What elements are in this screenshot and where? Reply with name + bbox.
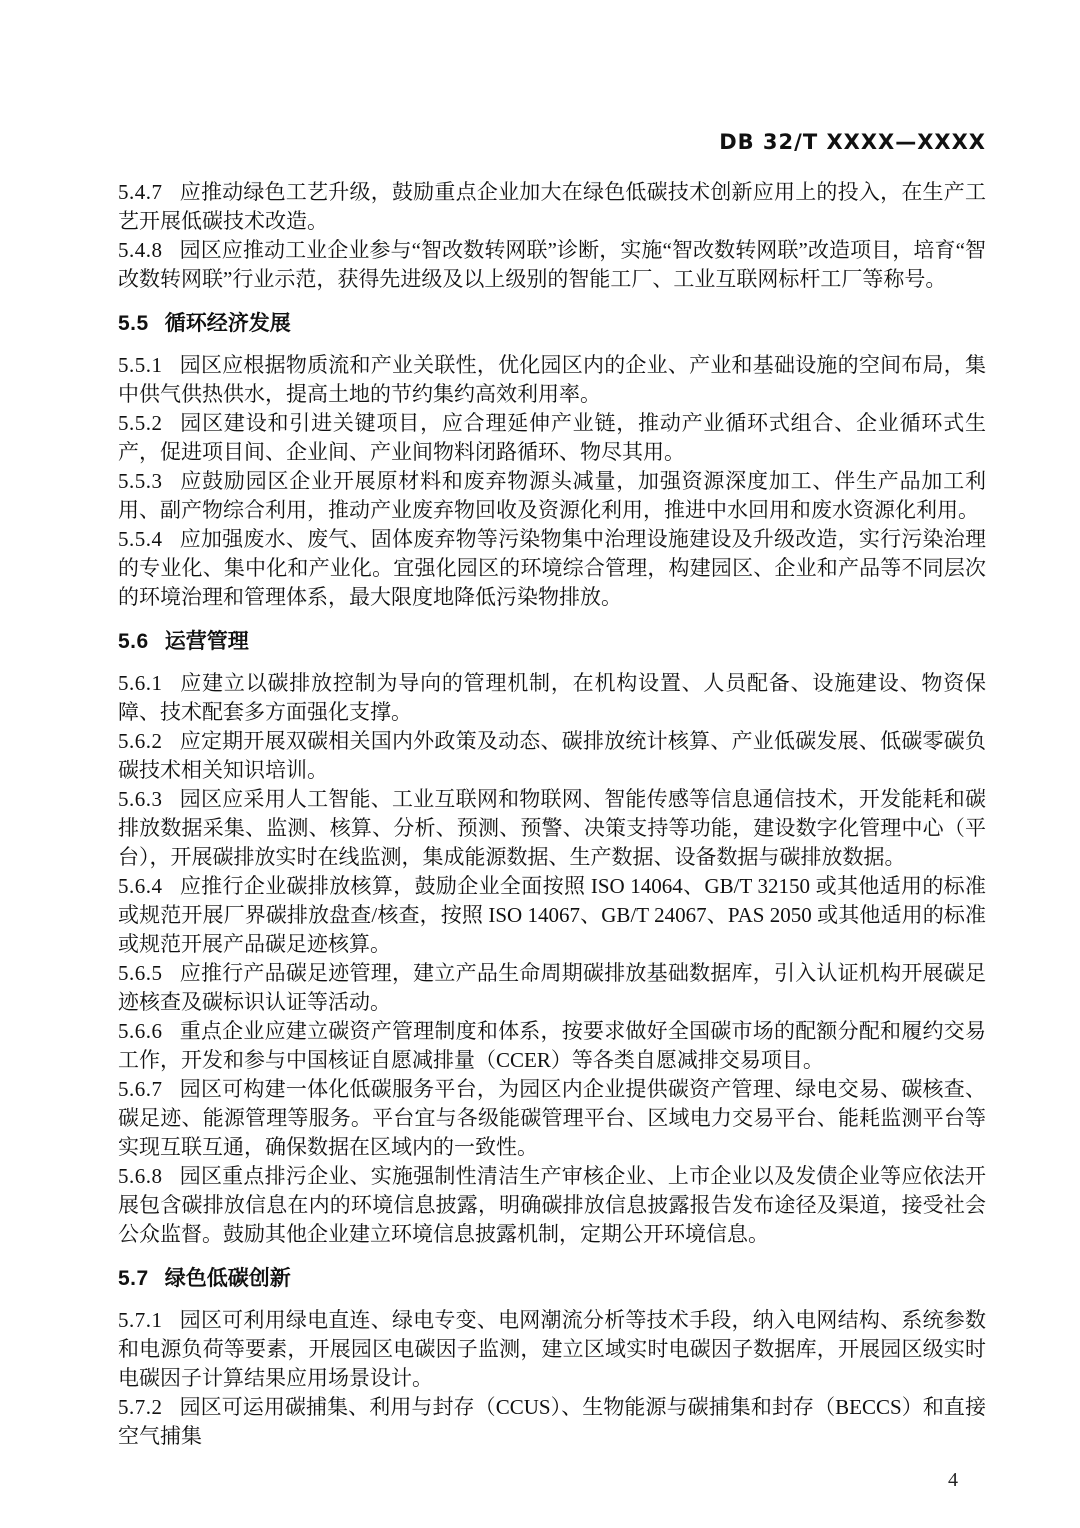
section-number: 5.6 xyxy=(118,627,149,656)
section-heading-5-5: 5.5循环经济发展 xyxy=(118,309,986,338)
clause-number: 5.6.1 xyxy=(118,669,163,698)
clause-text: 应推动绿色工艺升级，鼓励重点企业加大在绿色低碳技术创新应用上的投入，在生产工艺开… xyxy=(118,180,986,233)
clause-number: 5.4.7 xyxy=(118,178,163,207)
clause-text: 应加强废水、废气、固体废弃物等污染物集中治理设施建设及升级改造，实行污染治理的专… xyxy=(118,527,986,609)
clause-5-5-2: 5.5.2园区建设和引进关键项目，应合理延伸产业链，推动产业循环式组合、企业循环… xyxy=(118,409,986,467)
clause-5-6-3: 5.6.3园区应采用人工智能、工业互联网和物联网、智能传感等信息通信技术，开发能… xyxy=(118,785,986,872)
clause-5-5-4: 5.5.4应加强废水、废气、固体废弃物等污染物集中治理设施建设及升级改造，实行污… xyxy=(118,525,986,612)
page-number: 4 xyxy=(118,1468,986,1492)
clause-number: 5.5.4 xyxy=(118,525,163,554)
clause-text: 重点企业应建立碳资产管理制度和体系，按要求做好全国碳市场的配额分配和履约交易工作… xyxy=(118,1019,986,1072)
clause-5-6-5: 5.6.5应推行产品碳足迹管理，建立产品生命周期碳排放基础数据库，引入认证机构开… xyxy=(118,959,986,1017)
clause-number: 5.6.3 xyxy=(118,785,163,814)
clause-text: 应建立以碳排放控制为导向的管理机制，在机构设置、人员配备、设施建设、物资保障、技… xyxy=(118,671,986,724)
clause-text: 园区应推动工业企业参与“智改数转网联”诊断，实施“智改数转网联”改造项目，培育“… xyxy=(118,238,986,291)
clause-number: 5.6.4 xyxy=(118,872,163,901)
clause-number: 5.7.2 xyxy=(118,1393,163,1422)
clause-5-6-6: 5.6.6重点企业应建立碳资产管理制度和体系，按要求做好全国碳市场的配额分配和履… xyxy=(118,1017,986,1075)
clause-5-6-8: 5.6.8园区重点排污企业、实施强制性清洁生产审核企业、上市企业以及发债企业等应… xyxy=(118,1162,986,1249)
section-number: 5.5 xyxy=(118,309,149,338)
clause-text: 应推行企业碳排放核算，鼓励企业全面按照 ISO 14064、GB/T 32150… xyxy=(118,874,986,956)
section-title: 运营管理 xyxy=(165,630,249,653)
clause-number: 5.6.2 xyxy=(118,727,163,756)
clause-text: 园区应根据物质流和产业关联性，优化园区内的企业、产业和基础设施的空间布局，集中供… xyxy=(118,353,986,406)
clause-5-6-1: 5.6.1应建立以碳排放控制为导向的管理机制，在机构设置、人员配备、设施建设、物… xyxy=(118,669,986,727)
clause-text: 应鼓励园区企业开展原材料和废弃物源头减量，加强资源深度加工、伴生产品加工利用、副… xyxy=(118,469,986,522)
clause-number: 5.5.3 xyxy=(118,467,163,496)
document-number-header: DB 32/T XXXX—XXXX xyxy=(118,130,986,154)
clause-number: 5.4.8 xyxy=(118,236,163,265)
section-number: 5.7 xyxy=(118,1264,149,1293)
section-title: 循环经济发展 xyxy=(165,312,291,335)
clause-text: 园区可运用碳捕集、利用与封存（CCUS）、生物能源与碳捕集和封存（BECCS）和… xyxy=(118,1395,986,1448)
clause-text: 应定期开展双碳相关国内外政策及动态、碳排放统计核算、产业低碳发展、低碳零碳负碳技… xyxy=(118,729,986,782)
clause-number: 5.6.8 xyxy=(118,1162,163,1191)
clause-number: 5.7.1 xyxy=(118,1306,163,1335)
section-title: 绿色低碳创新 xyxy=(165,1267,291,1290)
clause-5-7-2: 5.7.2园区可运用碳捕集、利用与封存（CCUS）、生物能源与碳捕集和封存（BE… xyxy=(118,1393,986,1451)
clause-text: 园区重点排污企业、实施强制性清洁生产审核企业、上市企业以及发债企业等应依法开展包… xyxy=(118,1164,986,1246)
clause-text: 园区可构建一体化低碳服务平台，为园区内企业提供碳资产管理、绿电交易、碳核查、碳足… xyxy=(118,1077,986,1159)
page-content: DB 32/T XXXX—XXXX 5.4.7应推动绿色工艺升级，鼓励重点企业加… xyxy=(118,0,986,1492)
document-body: 5.4.7应推动绿色工艺升级，鼓励重点企业加大在绿色低碳技术创新应用上的投入，在… xyxy=(118,178,986,1451)
clause-5-7-1: 5.7.1园区可利用绿电直连、绿电专变、电网潮流分析等技术手段，纳入电网结构、系… xyxy=(118,1306,986,1393)
clause-number: 5.6.7 xyxy=(118,1075,163,1104)
clause-5-6-7: 5.6.7园区可构建一体化低碳服务平台，为园区内企业提供碳资产管理、绿电交易、碳… xyxy=(118,1075,986,1162)
section-heading-5-6: 5.6运营管理 xyxy=(118,627,986,656)
clause-number: 5.5.2 xyxy=(118,409,163,438)
clause-5-5-3: 5.5.3应鼓励园区企业开展原材料和废弃物源头减量，加强资源深度加工、伴生产品加… xyxy=(118,467,986,525)
clause-text: 园区可利用绿电直连、绿电专变、电网潮流分析等技术手段，纳入电网结构、系统参数和电… xyxy=(118,1308,986,1390)
clause-text: 园区建设和引进关键项目，应合理延伸产业链，推动产业循环式组合、企业循环式生产，促… xyxy=(118,411,986,464)
clause-number: 5.5.1 xyxy=(118,351,163,380)
clause-5-5-1: 5.5.1园区应根据物质流和产业关联性，优化园区内的企业、产业和基础设施的空间布… xyxy=(118,351,986,409)
clause-text: 园区应采用人工智能、工业互联网和物联网、智能传感等信息通信技术，开发能耗和碳排放… xyxy=(118,787,986,869)
document-page: DB 32/T XXXX—XXXX 5.4.7应推动绿色工艺升级，鼓励重点企业加… xyxy=(0,0,1080,1528)
clause-5-6-2: 5.6.2应定期开展双碳相关国内外政策及动态、碳排放统计核算、产业低碳发展、低碳… xyxy=(118,727,986,785)
clause-number: 5.6.5 xyxy=(118,959,163,988)
clause-5-4-7: 5.4.7应推动绿色工艺升级，鼓励重点企业加大在绿色低碳技术创新应用上的投入，在… xyxy=(118,178,986,236)
clause-5-4-8: 5.4.8园区应推动工业企业参与“智改数转网联”诊断，实施“智改数转网联”改造项… xyxy=(118,236,986,294)
clause-number: 5.6.6 xyxy=(118,1017,163,1046)
section-heading-5-7: 5.7绿色低碳创新 xyxy=(118,1264,986,1293)
clause-text: 应推行产品碳足迹管理，建立产品生命周期碳排放基础数据库，引入认证机构开展碳足迹核… xyxy=(118,961,986,1014)
clause-5-6-4: 5.6.4应推行企业碳排放核算，鼓励企业全面按照 ISO 14064、GB/T … xyxy=(118,872,986,959)
